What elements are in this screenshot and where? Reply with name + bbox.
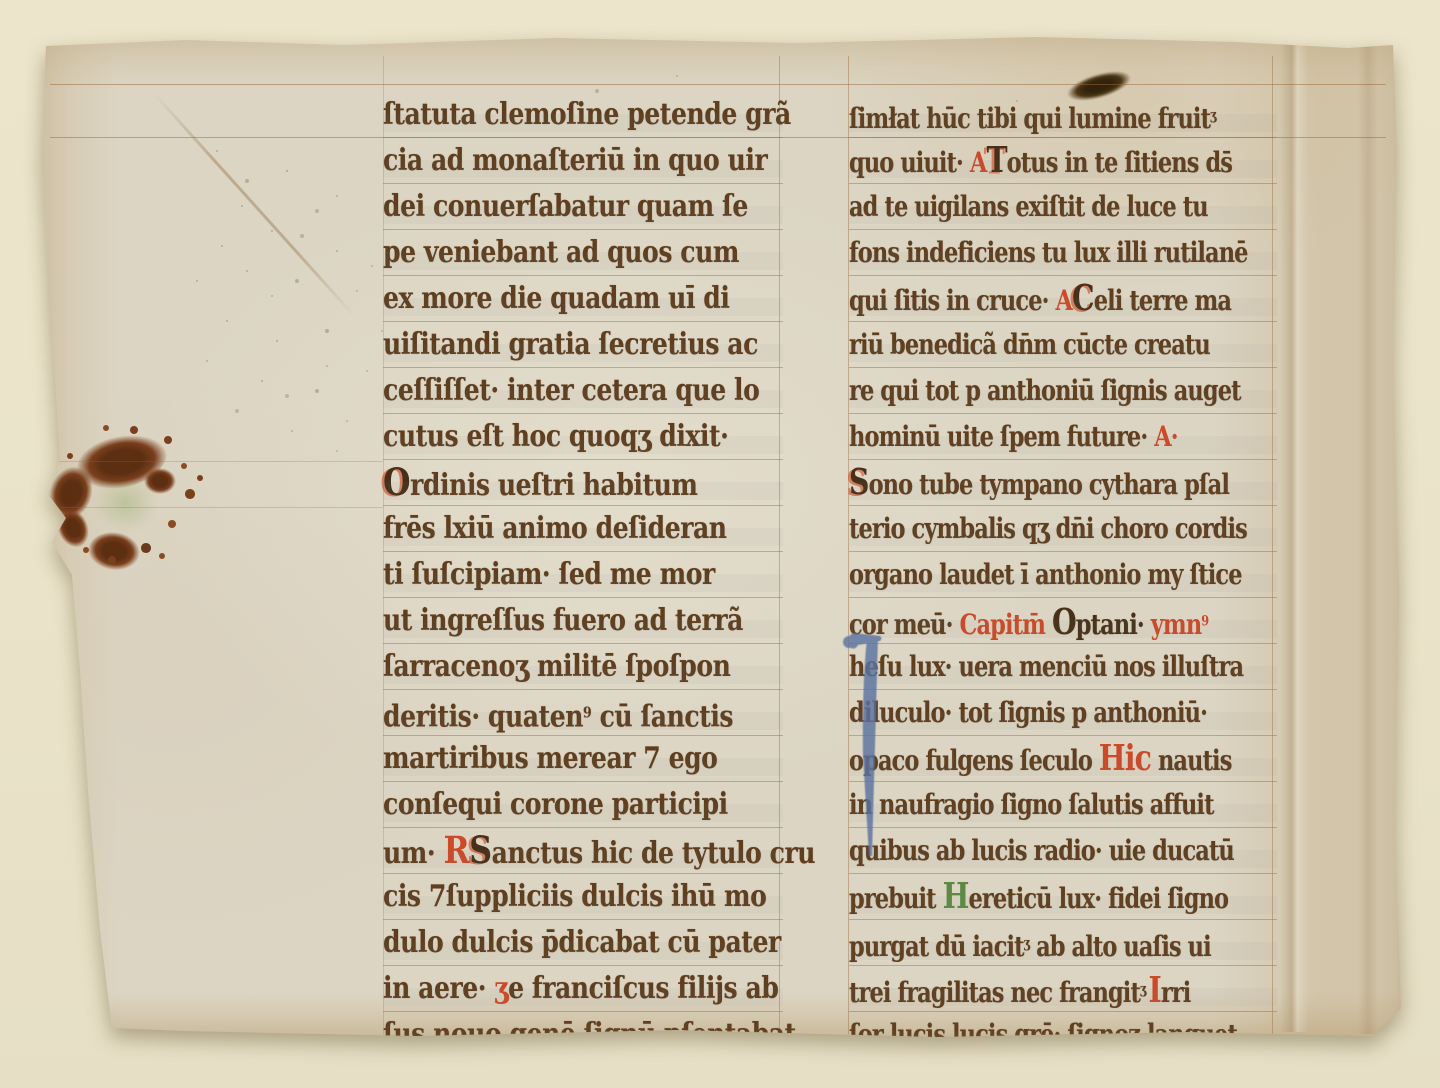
left-text-column: ſtatuta clemoſine petende grãcia ad mona… xyxy=(383,92,783,1038)
manuscript-line: Sono tube tympano cythara pſal xyxy=(849,457,1234,509)
text-segment: martiribus merear 7 ego xyxy=(383,741,717,775)
crease-fold-right xyxy=(1280,40,1308,1032)
text-segment: anctus hic de tytulo cru xyxy=(492,837,815,871)
manuscript-line: dei conuerſabatur quam ſe xyxy=(383,182,755,233)
manuscript-line: cutus eſt hoc quoqʒ dixit· xyxy=(383,412,755,463)
text-segment: ab alto uaſis ui xyxy=(1029,930,1211,962)
manuscript-line: ſus nouo genē ſignū pſentabat xyxy=(383,1010,755,1061)
mold-speckles xyxy=(36,30,38,32)
text-segment: cia ad monaſteriū in quo uir xyxy=(383,143,767,177)
text-segment: qui ſitis in cruce· xyxy=(849,284,1055,316)
manuscript-line: quibus ab lucis radio· uie ducatū xyxy=(849,825,1234,877)
text-segment: quibus ab lucis radio· uie ducatū xyxy=(849,834,1234,866)
text-segment: ʒ xyxy=(494,971,508,1005)
crease-fold-top-left xyxy=(153,92,356,317)
text-segment: organo laudet ī anthonio my ſtice xyxy=(849,558,1242,590)
manuscript-line: terio cymbalis qʒ dn̄i choro cordis xyxy=(849,503,1234,555)
text-segment: ſor lucis lucis grē· ſignoʒ languet xyxy=(849,1018,1237,1050)
text-segment: trei fragilitas nec frangit xyxy=(849,976,1140,1008)
text-segment: prebuit xyxy=(849,882,943,914)
text-segment: H xyxy=(943,876,969,917)
manuscript-line: ſor lucis lucis grē· ſignoʒ languet xyxy=(849,1009,1234,1061)
parchment-leaf: ſtatuta clemoſine petende grãcia ad mona… xyxy=(36,30,1404,1042)
manuscript-line: re qui tot p anthoniū ſignis auget xyxy=(849,365,1234,417)
stain-blob xyxy=(144,468,176,494)
manuscript-line: diluculo· tot ſignis p anthoniū· xyxy=(849,687,1234,739)
text-segment: deritis· quaten xyxy=(383,700,583,734)
manuscript-line: uiſitandi gratia ſecretius ac xyxy=(383,320,755,371)
manuscript-photo: ſtatuta clemoſine petende grãcia ad mona… xyxy=(0,0,1440,1088)
text-segment: hominū uite ſpem future· xyxy=(849,420,1154,452)
manuscript-line: deritis· quaten9 cū ſanctis xyxy=(383,688,755,739)
text-segment: conſequi corone participi xyxy=(383,787,728,821)
manuscript-line: um· RSanctus hic de tytulo cru xyxy=(383,826,755,877)
text-segment: pe veniebant ad quos cum xyxy=(383,235,739,269)
manuscript-line: ceſſiſſet· inter cetera que lo xyxy=(383,366,755,417)
text-segment: dulo dulcis p̄dicabat cū pater xyxy=(383,925,781,959)
text-segment: e franciſcus filijs ab xyxy=(508,971,778,1005)
text-segment: terio cymbalis qʒ dn̄i choro cordis xyxy=(849,512,1247,544)
text-segment: heſu lux· uera menciū nos illuſtra xyxy=(849,650,1243,682)
crease-fold-right-edge xyxy=(1358,44,1378,1034)
mold-speckles xyxy=(36,30,38,32)
text-segment: C xyxy=(1072,278,1094,319)
manuscript-line: in aere· ʒe franciſcus filijs ab xyxy=(383,964,755,1015)
text-segment: ut ingreſſus fuero ad terrã xyxy=(383,603,743,637)
text-segment: O xyxy=(1052,602,1076,643)
text-segment: ex more die quadam uī di xyxy=(383,281,729,315)
manuscript-line: trei fragilitas nec frangitʒ Irri xyxy=(849,963,1234,1015)
text-segment: 9 xyxy=(583,704,591,722)
text-segment: A xyxy=(970,146,987,178)
text-segment: ad te uigilans exiſtit de luce tu xyxy=(849,190,1208,222)
text-segment: S xyxy=(469,829,491,873)
text-segment: 9 xyxy=(1201,612,1208,629)
text-segment: dei conuerſabatur quam ſe xyxy=(383,189,748,223)
stain-droplets xyxy=(48,430,52,434)
text-segment: diluculo· tot ſignis p anthoniū· xyxy=(849,696,1207,728)
text-segment: Capitm̄ xyxy=(959,608,1052,640)
ruling-line xyxy=(48,461,383,462)
illuminated-initial-i xyxy=(842,626,888,862)
text-segment: Hic xyxy=(1099,738,1151,779)
manuscript-line: ſarracenoʒ militē ſpoſpon xyxy=(383,642,755,693)
manuscript-line: pe veniebant ad quos cum xyxy=(383,228,755,279)
text-segment: riū benedicã dn̄m cūcte creatu xyxy=(849,328,1210,360)
manuscript-line: cis 7ſuppliciis dulcis ihū mo xyxy=(383,872,755,923)
text-segment: uiſitandi gratia ſecretius ac xyxy=(383,327,758,361)
manuscript-line: hominū uite ſpem future· A· xyxy=(849,411,1234,463)
text-segment: cis 7ſuppliciis dulcis ihū mo xyxy=(383,879,766,913)
text-segment: S xyxy=(849,462,869,503)
manuscript-line: fons indeficiens tu lux illi rutilanē xyxy=(849,227,1234,279)
text-segment: eli terre ma xyxy=(1094,284,1231,316)
manuscript-line: qui ſitis in cruce· ACeli terre ma xyxy=(849,273,1234,325)
ink-stain-cluster xyxy=(48,430,208,580)
text-segment: cutus eſt hoc quoqʒ dixit· xyxy=(383,419,728,453)
parchment-surface: ſtatuta clemoſine petende grãcia ad mona… xyxy=(36,30,1404,1042)
text-segment: rri xyxy=(1161,976,1191,1008)
text-segment: ʒ xyxy=(1140,980,1149,997)
text-segment: A· xyxy=(1154,420,1177,452)
text-segment: ſarracenoʒ militē ſpoſpon xyxy=(383,649,730,683)
manuscript-line: cor meū· Capitm̄ Optani· ymn9 xyxy=(849,595,1234,647)
manuscript-line: purgat dū iacitʒ ab alto uaſis ui xyxy=(849,917,1234,969)
text-segment: purgat dū iacit xyxy=(849,930,1024,962)
text-segment: nautis xyxy=(1151,744,1231,776)
text-segment: ti ſuſcipiam· ſed me mor xyxy=(383,557,715,591)
text-segment: ceſſiſſet· inter cetera que lo xyxy=(383,373,759,407)
ruling-line xyxy=(50,84,1386,85)
manuscript-line: riū benedicã dn̄m cūcte creatu xyxy=(849,319,1234,371)
manuscript-line: heſu lux· uera menciū nos illuſtra xyxy=(849,641,1234,693)
text-segment: quo uiuit· xyxy=(849,146,970,178)
text-segment: ono tube tympano cythara pſal xyxy=(869,468,1229,500)
text-segment: ſus nouo genē ſignū pſentabat xyxy=(383,1017,796,1051)
text-segment: ſimłat hūc tibi qui lumine fruit xyxy=(849,102,1210,134)
manuscript-line: ut ingreſſus fuero ad terrã xyxy=(383,596,755,647)
manuscript-line: ti ſuſcipiam· ſed me mor xyxy=(383,550,755,601)
text-segment: I xyxy=(1148,970,1160,1011)
manuscript-line: ad te uigilans exiſtit de luce tu xyxy=(849,181,1234,233)
text-segment: ſtatuta clemoſine petende grã xyxy=(383,97,791,131)
text-segment: re qui tot p anthoniū ſignis auget xyxy=(849,374,1241,406)
manuscript-line: opaco fulgens ſeculo Hic nautis xyxy=(849,733,1234,785)
text-segment: fons indeficiens tu lux illi rutilanē xyxy=(849,236,1248,268)
manuscript-line: martiribus merear 7 ego xyxy=(383,734,755,785)
text-segment: in naufragio ſigno ſalutis affuit xyxy=(849,788,1214,820)
text-segment: ereticū lux· fidei ſigno xyxy=(968,882,1228,914)
manuscript-line: in naufragio ſigno ſalutis affuit xyxy=(849,779,1234,831)
text-segment: cū ſanctis xyxy=(591,700,733,734)
manuscript-line: ex more die quadam uī di xyxy=(383,274,755,325)
text-segment: otus in te ſitiens ds̄ xyxy=(1007,146,1232,178)
manuscript-line: quo uiuit· ATotus in te ſitiens ds̄ xyxy=(849,135,1234,187)
manuscript-line: dulo dulcis p̄dicabat cū pater xyxy=(383,918,755,969)
right-text-column: ſimłat hūc tibi qui lumine fruitʒquo uiu… xyxy=(849,92,1277,1038)
text-segment: in aere· xyxy=(383,971,494,1005)
text-segment: frēs lxiū animo deſideran xyxy=(383,511,727,545)
text-segment: rdinis ueſtri habitum xyxy=(410,469,697,503)
text-segment: T xyxy=(986,140,1006,181)
text-segment: ymn xyxy=(1151,608,1202,640)
ruling-line xyxy=(48,507,383,508)
text-segment: O xyxy=(383,461,410,505)
text-segment: ʒ xyxy=(1210,106,1215,123)
manuscript-line: ſimłat hūc tibi qui lumine fruitʒ xyxy=(849,89,1234,141)
manuscript-line: prebuit Hereticū lux· fidei ſigno xyxy=(849,871,1234,923)
manuscript-line: organo laudet ī anthonio my ſtice xyxy=(849,549,1234,601)
manuscript-line: frēs lxiū animo deſideran xyxy=(383,504,755,555)
manuscript-line: ſtatuta clemoſine petende grã xyxy=(383,90,755,141)
manuscript-line: cia ad monaſteriū in quo uir xyxy=(383,136,755,187)
manuscript-line: conſequi corone participi xyxy=(383,780,755,831)
text-segment: A xyxy=(1055,284,1072,316)
manuscript-line: Ordinis ueſtri habitum xyxy=(383,458,755,509)
stain-blob xyxy=(86,529,143,574)
text-segment: R xyxy=(443,829,469,873)
text-segment: um· xyxy=(383,837,443,871)
text-segment: ptani· xyxy=(1076,608,1151,640)
